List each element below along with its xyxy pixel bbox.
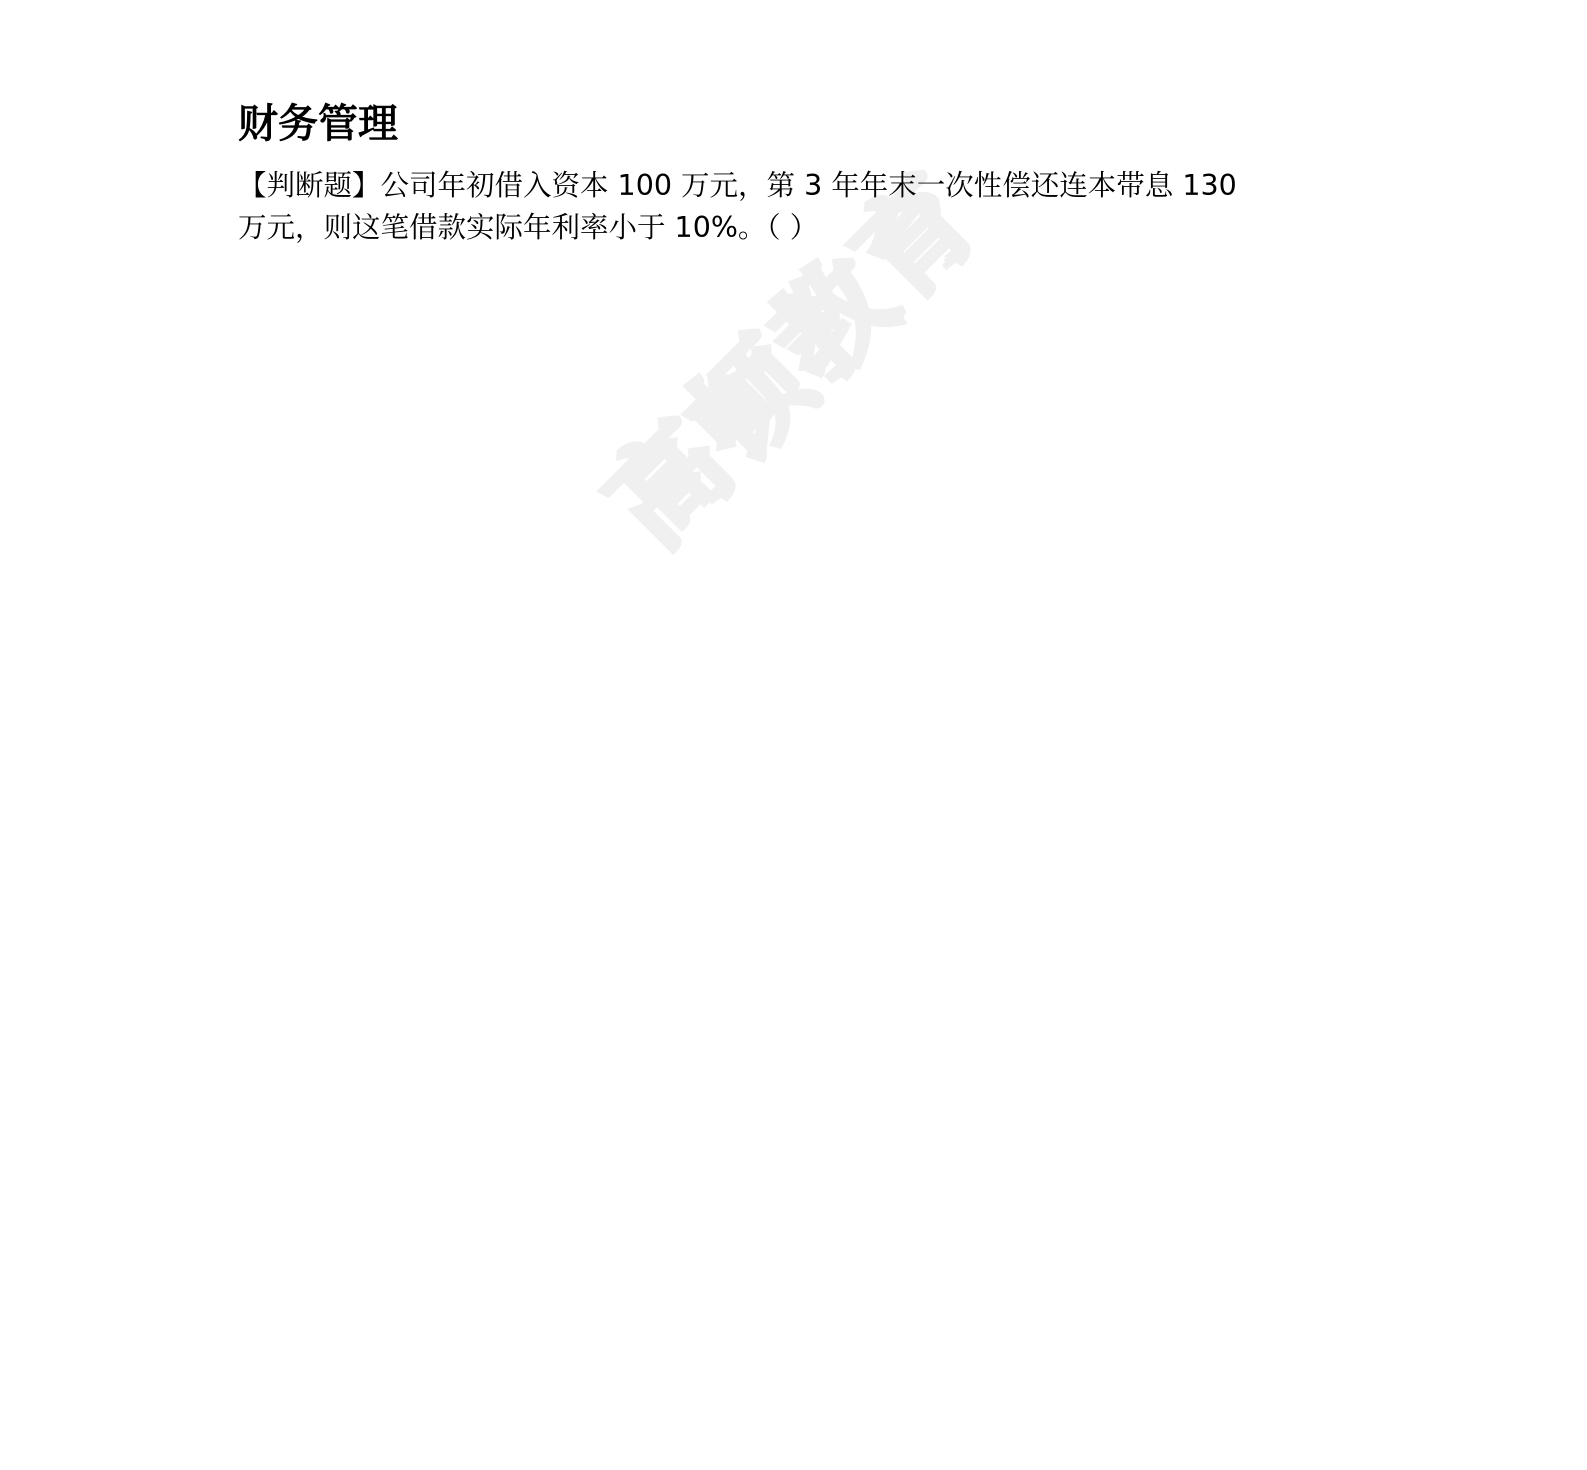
document-page: 高顿教育 财务管理 【判断题】公司年初借入资本 100 万元，第 3 年年末一次…	[0, 0, 1587, 1470]
question-text: 【判断题】公司年初借入资本 100 万元，第 3 年年末一次性偿还连本带息 13…	[238, 165, 1318, 249]
page-title: 财务管理	[238, 98, 398, 150]
question-line-2: 万元，则这笔借款实际年利率小于 10%。（ ）	[238, 207, 1318, 249]
question-line-1: 【判断题】公司年初借入资本 100 万元，第 3 年年末一次性偿还连本带息 13…	[238, 165, 1318, 207]
